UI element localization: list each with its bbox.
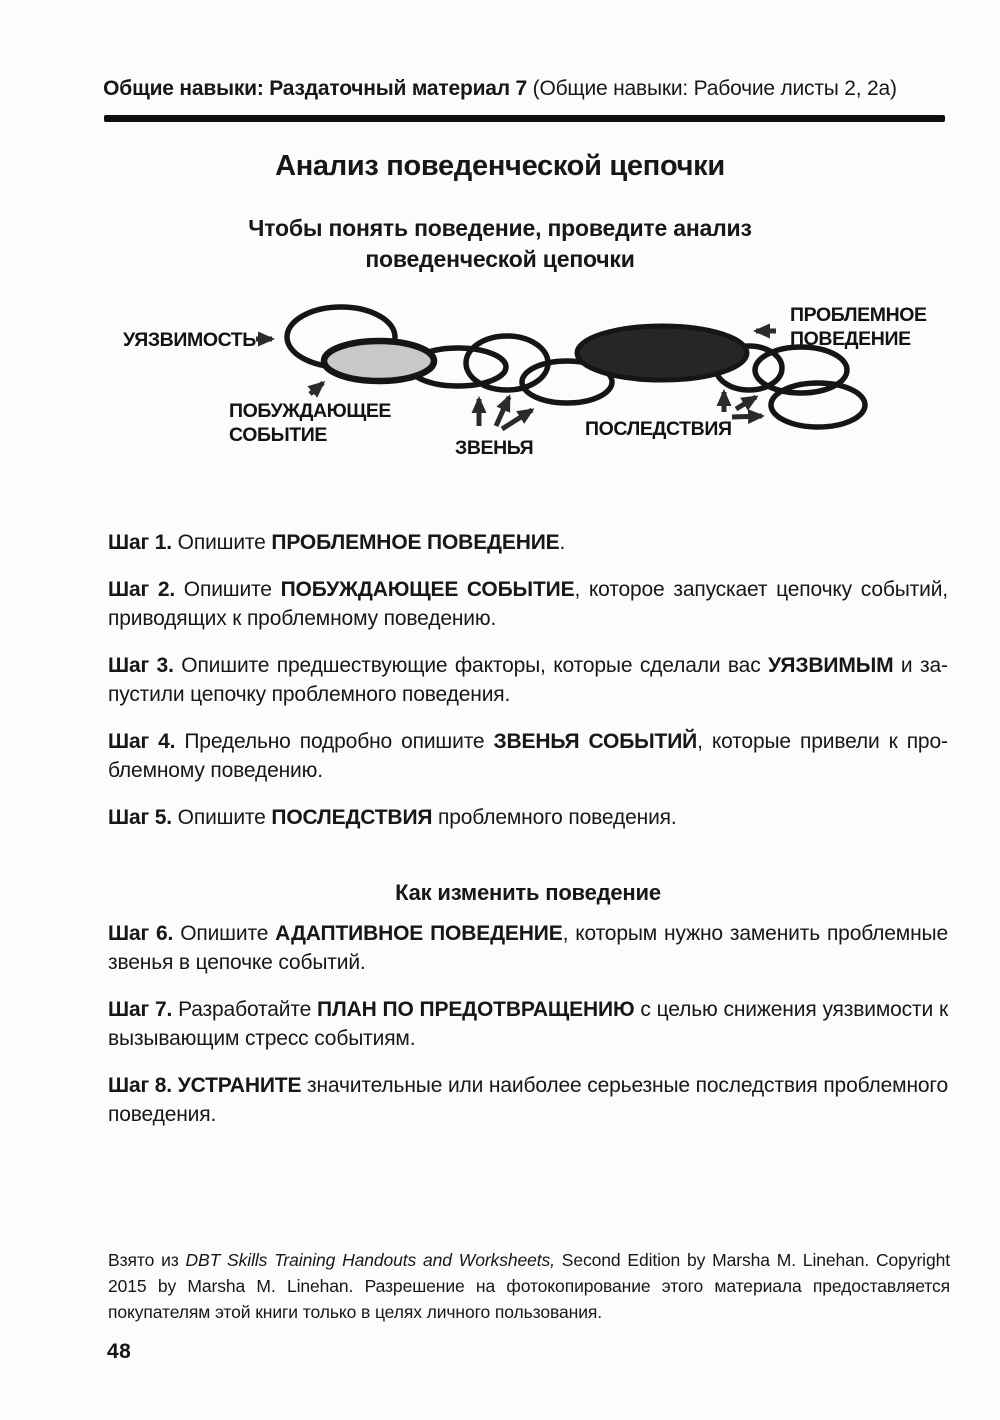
header-handout-title: Общие навыки: Раздаточный материал 7 (103, 77, 527, 100)
header-rule (104, 115, 945, 122)
step-8: Шаг 8. УСТРАНИТЕ значительные или наибол… (108, 1071, 948, 1129)
step-1: Шаг 1. Опишите ПРОБЛЕМНОЕ ПОВЕДЕНИЕ. (108, 528, 948, 557)
page-title: Анализ поведенческой цепочки (0, 146, 1000, 186)
problem-behavior-ellipse (577, 326, 747, 380)
prompting-event-ellipse (324, 341, 434, 381)
step-3: Шаг 3. Опишите предшествующие факторы, к… (108, 651, 948, 709)
step-5: Шаг 5. Опишите ПОСЛЕДСТВИЯ проблемного п… (108, 803, 948, 832)
page-subtitle: Чтобы понять поведение, проведите анализ… (205, 213, 795, 275)
vulnerability-label: УЯЗВИМОСТЬ (123, 329, 256, 351)
change-behavior-heading: Как изменить поведение (108, 878, 948, 907)
page-number: 48 (107, 1340, 131, 1364)
header-worksheets-ref: (Общие навыки: Рабочие листы 2, 2а) (527, 77, 897, 100)
step-4: Шаг 4. Предельно подробно опишите ЗВЕНЬЯ… (108, 727, 948, 785)
page-header: Общие навыки: Раздаточный материал 7 (Об… (0, 0, 1000, 102)
consequences-label: ПОСЛЕДСТВИЯ (585, 418, 732, 440)
chain-diagram: УЯЗВИМОСТЬ ПОБУЖДАЮЩЕЕ СОБЫТИЕ ЗВЕНЬЯ ПО… (98, 295, 958, 467)
prompting-event-label-line1: ПОБУЖДАЮЩЕЕ (229, 400, 391, 422)
step-7: Шаг 7. Разработайте ПЛАН ПО ПРЕДОТВРАЩЕН… (108, 995, 948, 1053)
steps-section: Шаг 1. Опишите ПРОБЛЕМНОЕ ПОВЕДЕНИЕ. Шаг… (108, 528, 948, 1147)
consequences-arrow-right (732, 416, 762, 417)
step-2: Шаг 2. Опишите ПОБУЖДАЮЩЕЕ СОБЫТИЕ, кото… (108, 575, 948, 633)
scanned-page: Общие навыки: Раздаточный материал 7 (Об… (0, 0, 1000, 1420)
problem-behavior-label-line2: ПОВЕДЕНИЕ (790, 328, 911, 350)
prompting-event-label-line2: СОБЫТИЕ (229, 424, 327, 446)
links-arrow-right (502, 410, 532, 429)
consequences-arrow-diagonal (736, 397, 756, 409)
copyright-note: Взято из DBT Skills Training Handouts an… (108, 1247, 950, 1325)
links-arrow-diagonal (496, 397, 509, 426)
step-6: Шаг 6. Опишите АДАПТИВНОЕ ПОВЕДЕНИЕ, кот… (108, 919, 948, 977)
links-label: ЗВЕНЬЯ (455, 437, 533, 459)
problem-behavior-label-line1: ПРОБЛЕМНОЕ (790, 304, 927, 326)
prompting-event-arrow (310, 383, 323, 394)
